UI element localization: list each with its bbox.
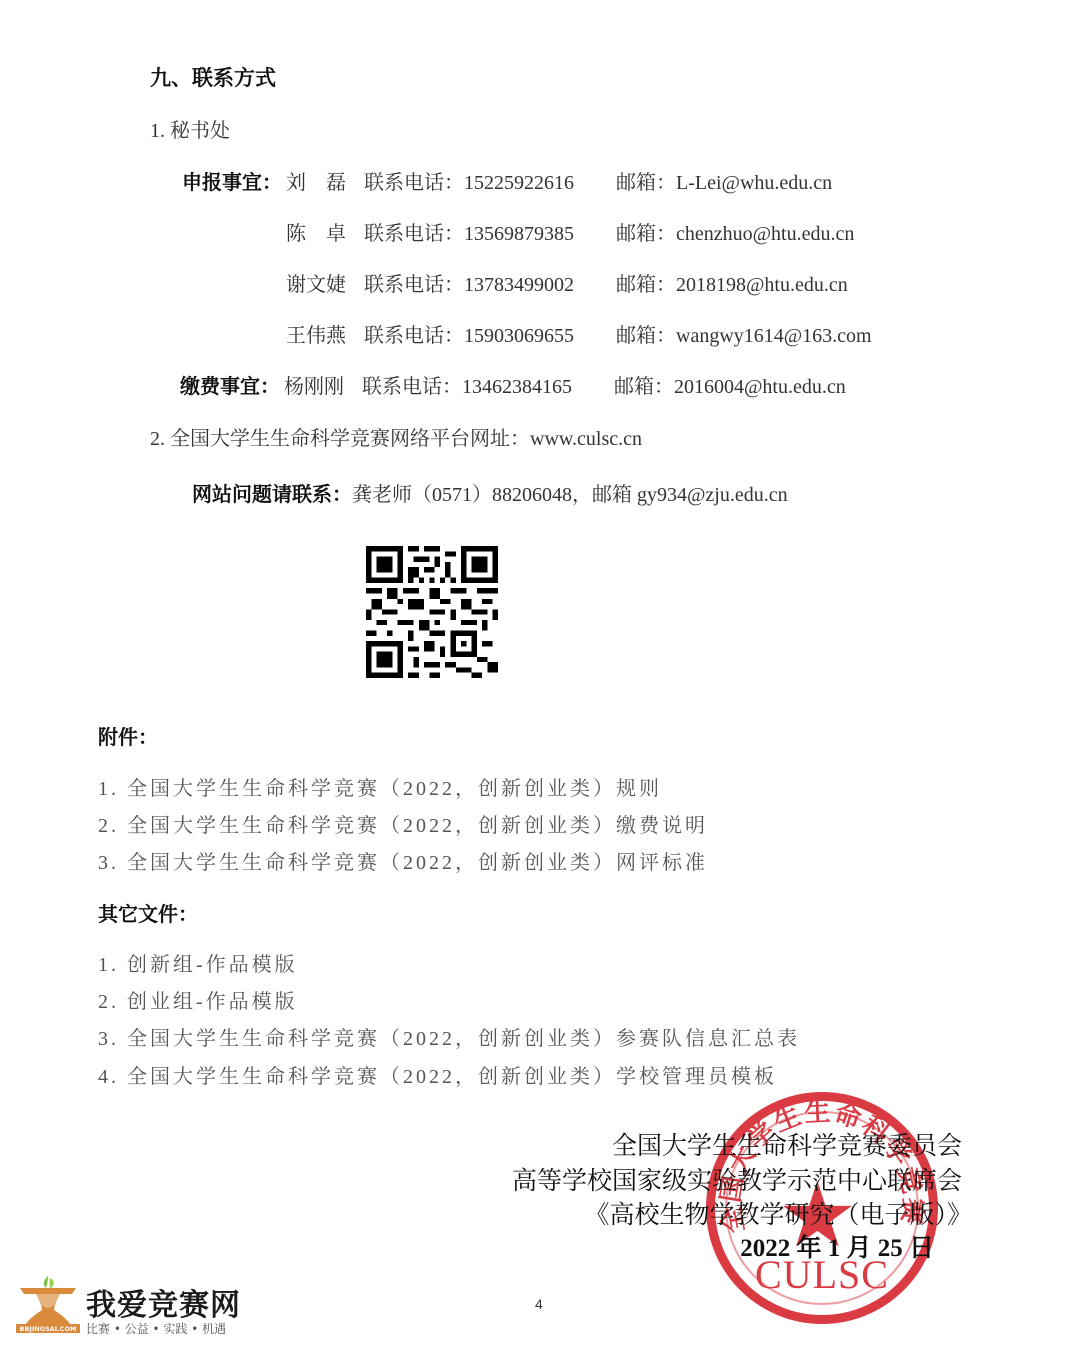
signature-line: 《高校生物学教学研究（电子版）》 xyxy=(584,1195,972,1231)
other-file-item: 4. 全国大学生生命科学竞赛（2022，创新创业类）学校管理员模板 xyxy=(98,1060,777,1089)
email-label: 邮箱： xyxy=(616,166,676,195)
contact-category: 缴费事宜： xyxy=(180,370,284,399)
platform-url[interactable]: www.culsc.cn xyxy=(530,428,642,450)
phone-number: 13569879385 xyxy=(464,223,594,246)
watermark-title: 我爱竞赛网 xyxy=(86,1280,241,1324)
contact-name: 谢文婕 xyxy=(286,268,364,297)
phone-number: 13783499002 xyxy=(464,274,594,297)
email-address: L-Lei@whu.edu.cn xyxy=(676,172,832,195)
contact-row: 王伟燕 联系电话： 15903069655 邮箱： wangwy1614@163… xyxy=(182,319,872,348)
signature-date: 2022 年 1 月 25 日 xyxy=(740,1228,934,1264)
contact-name: 王伟燕 xyxy=(286,319,364,348)
email-address: wangwy1614@163.com xyxy=(676,325,872,348)
attachment-item: 1. 全国大学生生命科学竞赛（2022，创新创业类）规则 xyxy=(98,772,662,801)
email-label: 邮箱： xyxy=(616,319,676,348)
page-number: 4 xyxy=(535,1296,543,1312)
qr-code-icon xyxy=(366,546,498,678)
contact-category: 申报事宜： xyxy=(182,166,286,195)
other-file-item: 1. 创新组-作品模版 xyxy=(98,948,298,977)
phone-label: 联系电话： xyxy=(364,319,464,348)
contact-row: 申报事宜： 刘 磊 联系电话： 15225922616 邮箱： L-Lei@wh… xyxy=(182,166,832,195)
logo-badge-text: BBJINGSAI.COM xyxy=(20,1325,77,1333)
email-address: 2018198@htu.edu.cn xyxy=(676,274,848,297)
secretariat-label: 1. 秘书处 xyxy=(150,114,230,143)
other-file-item: 2. 创业组-作品模版 xyxy=(98,985,298,1014)
other-file-item: 3. 全国大学生生命科学竞赛（2022，创新创业类）参赛队信息汇总表 xyxy=(98,1022,800,1051)
website-contact-line: 网站问题请联系：龚老师（0571）88206048，邮箱 gy934@zju.e… xyxy=(192,478,788,507)
attachments-title: 附件： xyxy=(98,721,158,750)
website-contact-text: 龚老师（0571）88206048，邮箱 gy934@zju.edu.cn xyxy=(352,484,788,506)
phone-number: 13462384165 xyxy=(462,376,592,399)
contact-row: 陈 卓 联系电话： 13569879385 邮箱： chenzhuo@htu.e… xyxy=(182,217,854,246)
contact-name: 杨刚刚 xyxy=(284,370,362,399)
contact-name: 刘 磊 xyxy=(286,166,364,195)
contact-name: 陈 卓 xyxy=(286,217,364,246)
attachment-item: 2. 全国大学生生命科学竞赛（2022，创新创业类）缴费说明 xyxy=(98,809,708,838)
contact-row: 谢文婕 联系电话： 13783499002 邮箱： 2018198@htu.ed… xyxy=(182,268,848,297)
watermark-subtitle: 比赛 • 公益 • 实践 • 机遇 xyxy=(86,1320,226,1337)
phone-label: 联系电话： xyxy=(364,217,464,246)
platform-label: 2. 全国大学生生命科学竞赛网络平台网址： xyxy=(150,428,530,450)
platform-line: 2. 全国大学生生命科学竞赛网络平台网址：www.culsc.cn xyxy=(150,422,642,451)
email-address: 2016004@htu.edu.cn xyxy=(674,376,846,399)
phone-label: 联系电话： xyxy=(364,268,464,297)
email-label: 邮箱： xyxy=(616,217,676,246)
phone-number: 15903069655 xyxy=(464,325,594,348)
phone-label: 联系电话： xyxy=(362,370,462,399)
signature-line: 高等学校国家级实验教学示范中心联席会 xyxy=(512,1161,962,1197)
email-address: chenzhuo@htu.edu.cn xyxy=(676,223,854,246)
email-label: 邮箱： xyxy=(614,370,674,399)
signature-line: 全国大学生生命科学竞赛委员会 xyxy=(612,1126,962,1162)
trophy-logo-icon: BBJINGSAI.COM xyxy=(14,1272,82,1334)
website-contact-label: 网站问题请联系： xyxy=(192,484,352,506)
other-files-title: 其它文件： xyxy=(98,898,198,927)
phone-number: 15225922616 xyxy=(464,172,594,195)
section-title: 九、联系方式 xyxy=(150,62,276,92)
email-label: 邮箱： xyxy=(616,268,676,297)
contact-row: 缴费事宜： 杨刚刚 联系电话： 13462384165 邮箱： 2016004@… xyxy=(180,370,846,399)
attachment-item: 3. 全国大学生生命科学竞赛（2022，创新创业类）网评标准 xyxy=(98,846,708,875)
phone-label: 联系电话： xyxy=(364,166,464,195)
